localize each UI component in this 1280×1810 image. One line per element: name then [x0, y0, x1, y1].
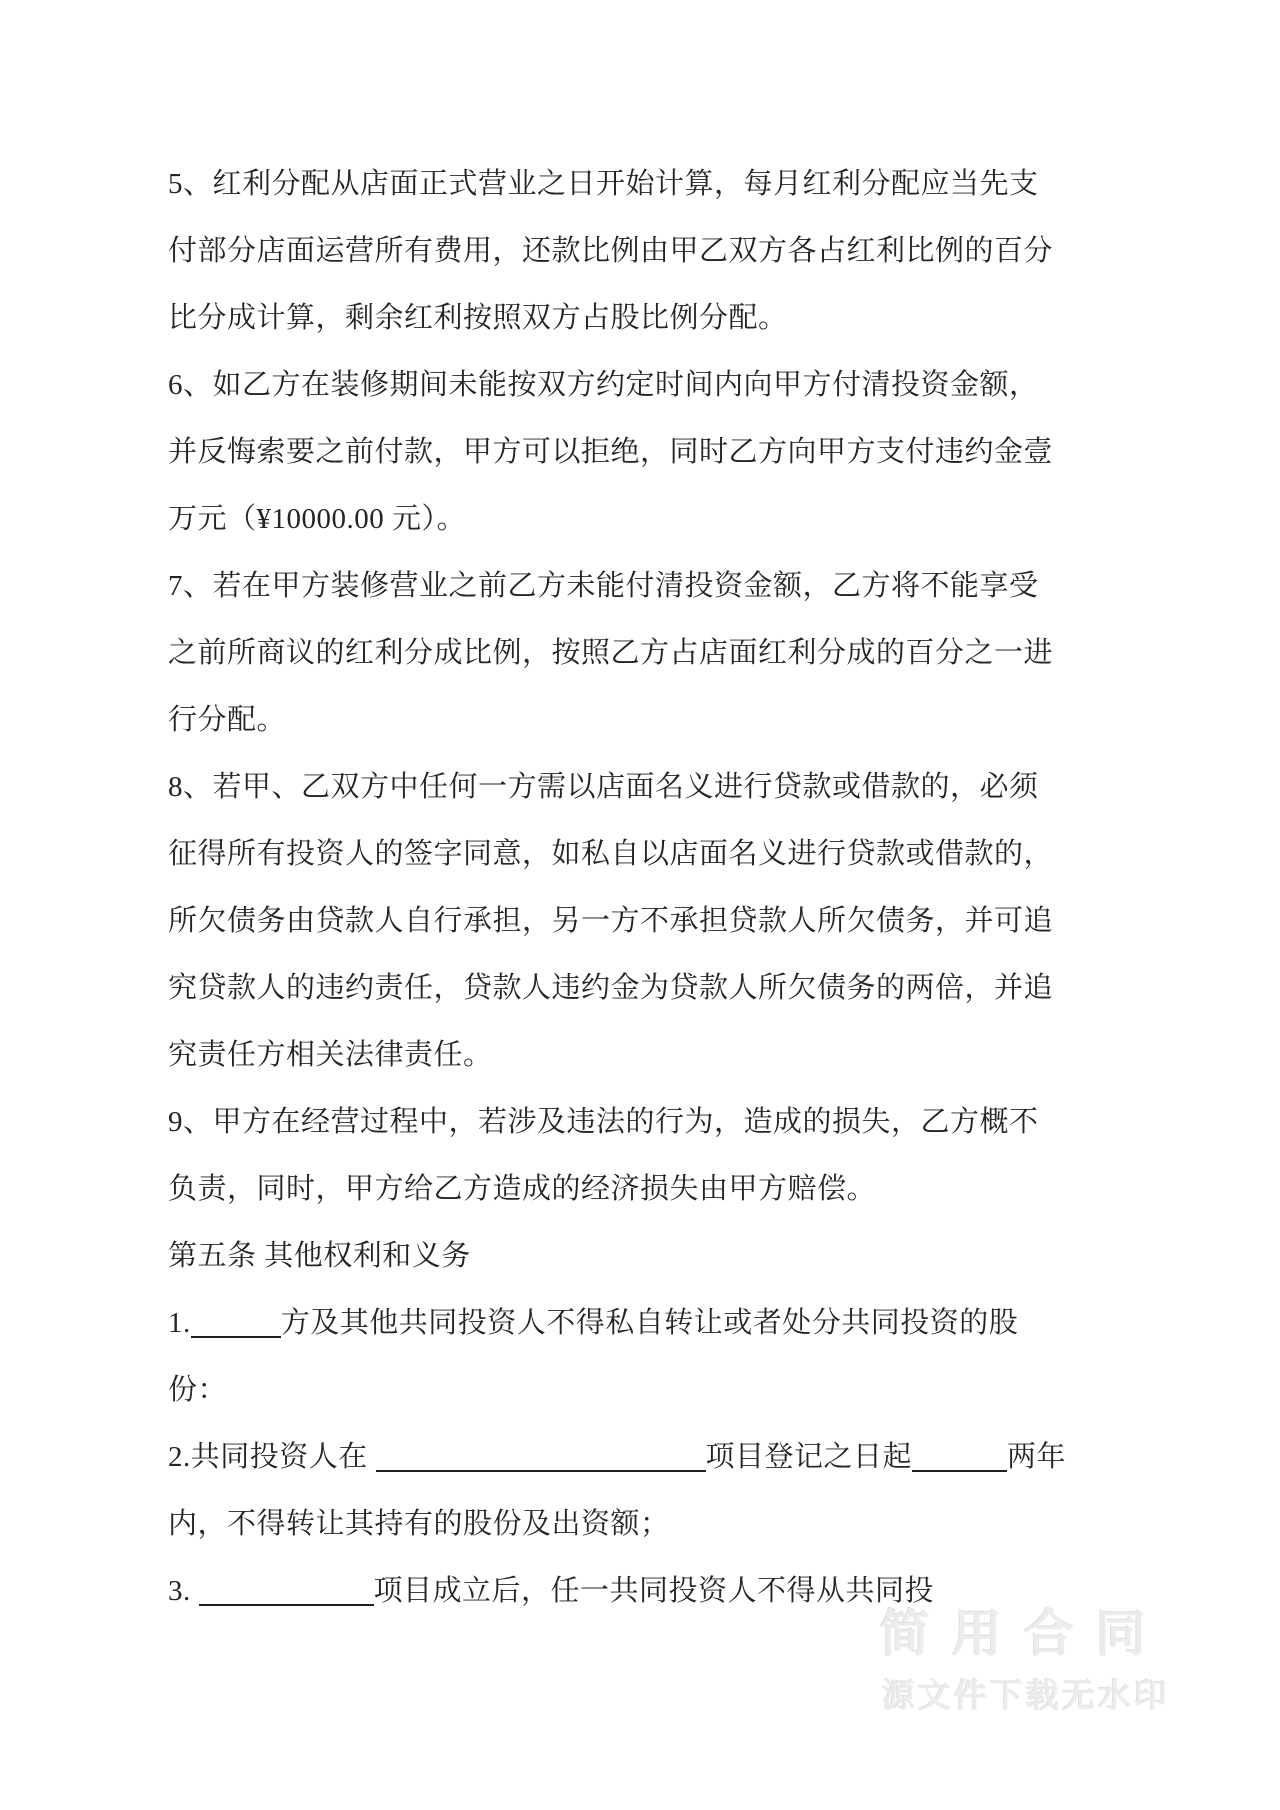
text-run: 行分配。 — [168, 704, 286, 736]
contract-line: 8、若甲、乙双方中任何一方需以店面名义进行贷款或借款的，必须 — [168, 754, 1108, 821]
text-run: 6、如乙方在装修期间未能按双方约定时间内向甲方付清投资金额， — [168, 369, 1039, 401]
fill-in-blank — [376, 1444, 706, 1472]
text-run: 万元（¥10000.00 元）。 — [168, 503, 466, 535]
contract-line: 份： — [168, 1357, 1108, 1424]
contract-line: 7、若在甲方装修营业之前乙方未能付清投资金额，乙方将不能享受 — [168, 553, 1108, 620]
contract-line: 负责，同时，甲方给乙方造成的经济损失由甲方赔偿。 — [168, 1156, 1108, 1223]
text-run: 征得所有投资人的签字同意，如私自以店面名义进行贷款或借款的， — [168, 838, 1053, 870]
contract-line: 万元（¥10000.00 元）。 — [168, 486, 1108, 553]
contract-line: 付部分店面运营所有费用，还款比例由甲乙双方各占红利比例的百分 — [168, 218, 1108, 285]
contract-line: 2.共同投资人在 项目登记之日起两年 — [168, 1424, 1108, 1491]
contract-line: 之前所商议的红利分成比例，按照乙方占店面红利分成的百分之一进 — [168, 620, 1108, 687]
text-run: 项目成立后，任一共同投资人不得从共同投 — [374, 1575, 935, 1607]
document-page: 5、红利分配从店面正式营业之日开始计算，每月红利分配应当先支付部分店面运营所有费… — [0, 0, 1280, 1810]
text-run: 所欠债务由贷款人自行承担，另一方不承担贷款人所欠债务，并可追 — [168, 905, 1053, 937]
contract-line: 5、红利分配从店面正式营业之日开始计算，每月红利分配应当先支 — [168, 151, 1108, 218]
text-run: 付部分店面运营所有费用，还款比例由甲乙双方各占红利比例的百分 — [168, 235, 1053, 267]
text-run: 内，不得转让其持有的股份及出资额； — [168, 1508, 670, 1540]
text-run: 5、红利分配从店面正式营业之日开始计算，每月红利分配应当先支 — [168, 168, 1039, 200]
contract-line: 1.方及其他共同投资人不得私自转让或者处分共同投资的股 — [168, 1290, 1108, 1357]
text-run: 方及其他共同投资人不得私自转让或者处分共同投资的股 — [281, 1307, 1019, 1339]
contract-line: 第五条 其他权利和义务 — [168, 1223, 1108, 1290]
contract-line: 究贷款人的违约责任，贷款人违约金为贷款人所欠债务的两倍，并追 — [168, 955, 1108, 1022]
text-run: 3. — [168, 1575, 199, 1607]
text-run: 负责，同时，甲方给乙方造成的经济损失由甲方赔偿。 — [168, 1173, 876, 1205]
contract-line: 究责任方相关法律责任。 — [168, 1022, 1108, 1089]
text-run: 2.共同投资人在 — [168, 1441, 376, 1473]
text-run: 究贷款人的违约责任，贷款人违约金为贷款人所欠债务的两倍，并追 — [168, 972, 1053, 1004]
text-run: 1. — [168, 1307, 191, 1339]
watermark-brand: 简用合同 — [880, 1594, 1168, 1666]
text-run: 项目登记之日起 — [706, 1441, 913, 1473]
fill-in-blank — [199, 1578, 374, 1606]
watermark-tagline: 源文件下载无水印 — [882, 1670, 1170, 1717]
text-run: 第五条 其他权利和义务 — [168, 1240, 471, 1272]
contract-line: 比分成计算，剩余红利按照双方占股比例分配。 — [168, 285, 1108, 352]
fill-in-blank — [912, 1444, 1007, 1472]
text-run: 究责任方相关法律责任。 — [168, 1039, 493, 1071]
contract-line: 征得所有投资人的签字同意，如私自以店面名义进行贷款或借款的， — [168, 821, 1108, 888]
text-run: 9、甲方在经营过程中，若涉及违法的行为，造成的损失，乙方概不 — [168, 1106, 1039, 1138]
contract-body-text: 5、红利分配从店面正式营业之日开始计算，每月红利分配应当先支付部分店面运营所有费… — [168, 151, 1108, 1625]
text-run: 并反悔索要之前付款，甲方可以拒绝，同时乙方向甲方支付违约金壹 — [168, 436, 1053, 468]
contract-line: 行分配。 — [168, 687, 1108, 754]
text-run: 比分成计算，剩余红利按照双方占股比例分配。 — [168, 302, 788, 334]
text-run: 之前所商议的红利分成比例，按照乙方占店面红利分成的百分之一进 — [168, 637, 1053, 669]
text-run: 8、若甲、乙双方中任何一方需以店面名义进行贷款或借款的，必须 — [168, 771, 1039, 803]
contract-line: 内，不得转让其持有的股份及出资额； — [168, 1491, 1108, 1558]
contract-line: 6、如乙方在装修期间未能按双方约定时间内向甲方付清投资金额， — [168, 352, 1108, 419]
text-run: 两年 — [1007, 1441, 1066, 1473]
text-run: 份： — [168, 1374, 227, 1406]
text-run: 7、若在甲方装修营业之前乙方未能付清投资金额，乙方将不能享受 — [168, 570, 1039, 602]
contract-line: 所欠债务由贷款人自行承担，另一方不承担贷款人所欠债务，并可追 — [168, 888, 1108, 955]
contract-line: 并反悔索要之前付款，甲方可以拒绝，同时乙方向甲方支付违约金壹 — [168, 419, 1108, 486]
fill-in-blank — [191, 1310, 281, 1338]
contract-line: 9、甲方在经营过程中，若涉及违法的行为，造成的损失，乙方概不 — [168, 1089, 1108, 1156]
